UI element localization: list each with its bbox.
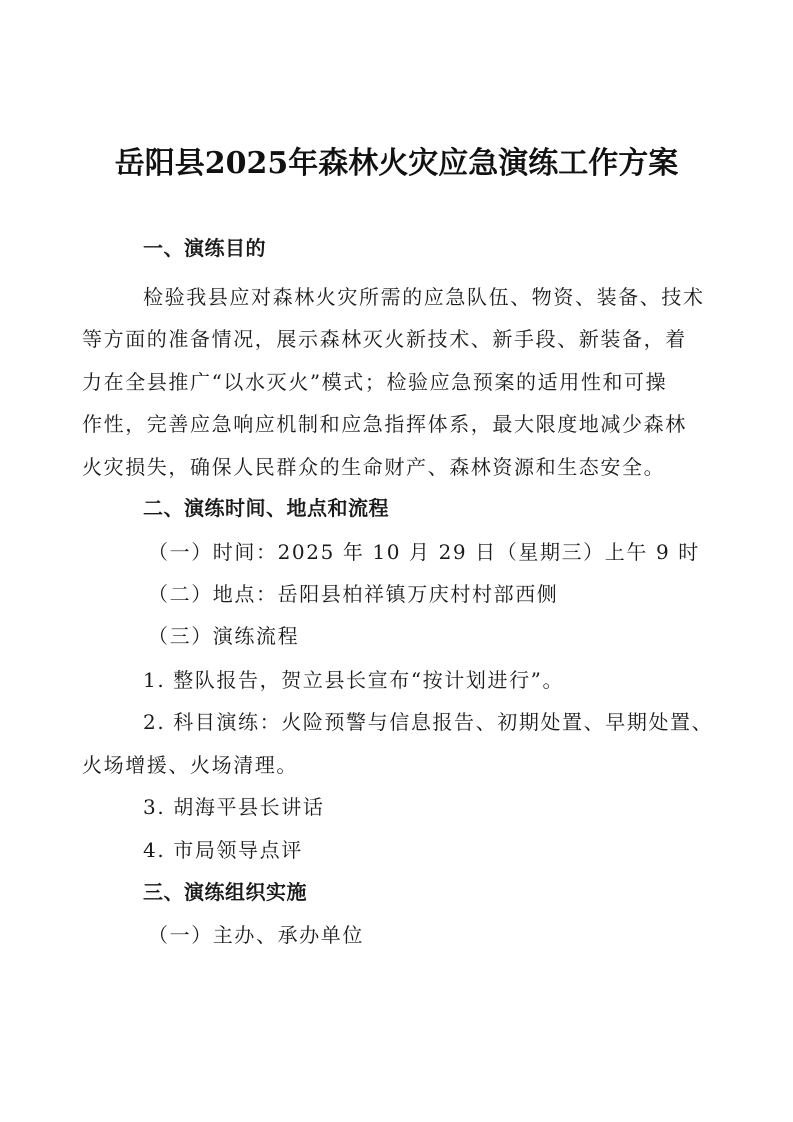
document-page: 岳阳县2025年森林火灾应急演练工作方案 一、演练目的 检验我县应对森林火灾所需…	[0, 0, 793, 1122]
item-organizers: （一）主办、承办单位	[148, 920, 778, 950]
paragraph-line: 作性，完善应急响应机制和应急指挥体系，最大限度地减少森林	[82, 409, 712, 439]
item-location: （二）地点：岳阳县柏祥镇万庆村村部西侧	[148, 579, 778, 609]
step-1: 1. 整队报告，贺立县长宣布“按计划进行”。	[143, 665, 773, 695]
paragraph-line: 力在全县推广“以水灭火”模式；检验应急预案的适用性和可操	[82, 367, 712, 397]
step-4: 4. 市局领导点评	[143, 835, 773, 865]
step-3: 3. 胡海平县长讲话	[143, 792, 773, 822]
step-2: 2. 科目演练：火险预警与信息报告、初期处置、早期处置、	[143, 707, 773, 737]
step-2-continued: 火场增援、火场清理。	[82, 750, 712, 780]
paragraph-line: 火灾损失，确保人民群众的生命财产、森林资源和生态安全。	[82, 452, 712, 482]
section-heading-1: 一、演练目的	[143, 233, 773, 263]
paragraph-line: 等方面的准备情况，展示森林灭火新技术、新手段、新装备，着	[82, 324, 712, 354]
paragraph-line: 检验我县应对森林火灾所需的应急队伍、物资、装备、技术	[143, 282, 773, 312]
section-heading-2: 二、演练时间、地点和流程	[143, 493, 773, 523]
item-process: （三）演练流程	[148, 621, 778, 651]
item-time: （一）时间：2025 年 10 月 29 日（星期三）上午 9 时	[148, 537, 778, 567]
section-heading-3: 三、演练组织实施	[143, 877, 773, 907]
document-title: 岳阳县2025年森林火灾应急演练工作方案	[0, 140, 793, 188]
